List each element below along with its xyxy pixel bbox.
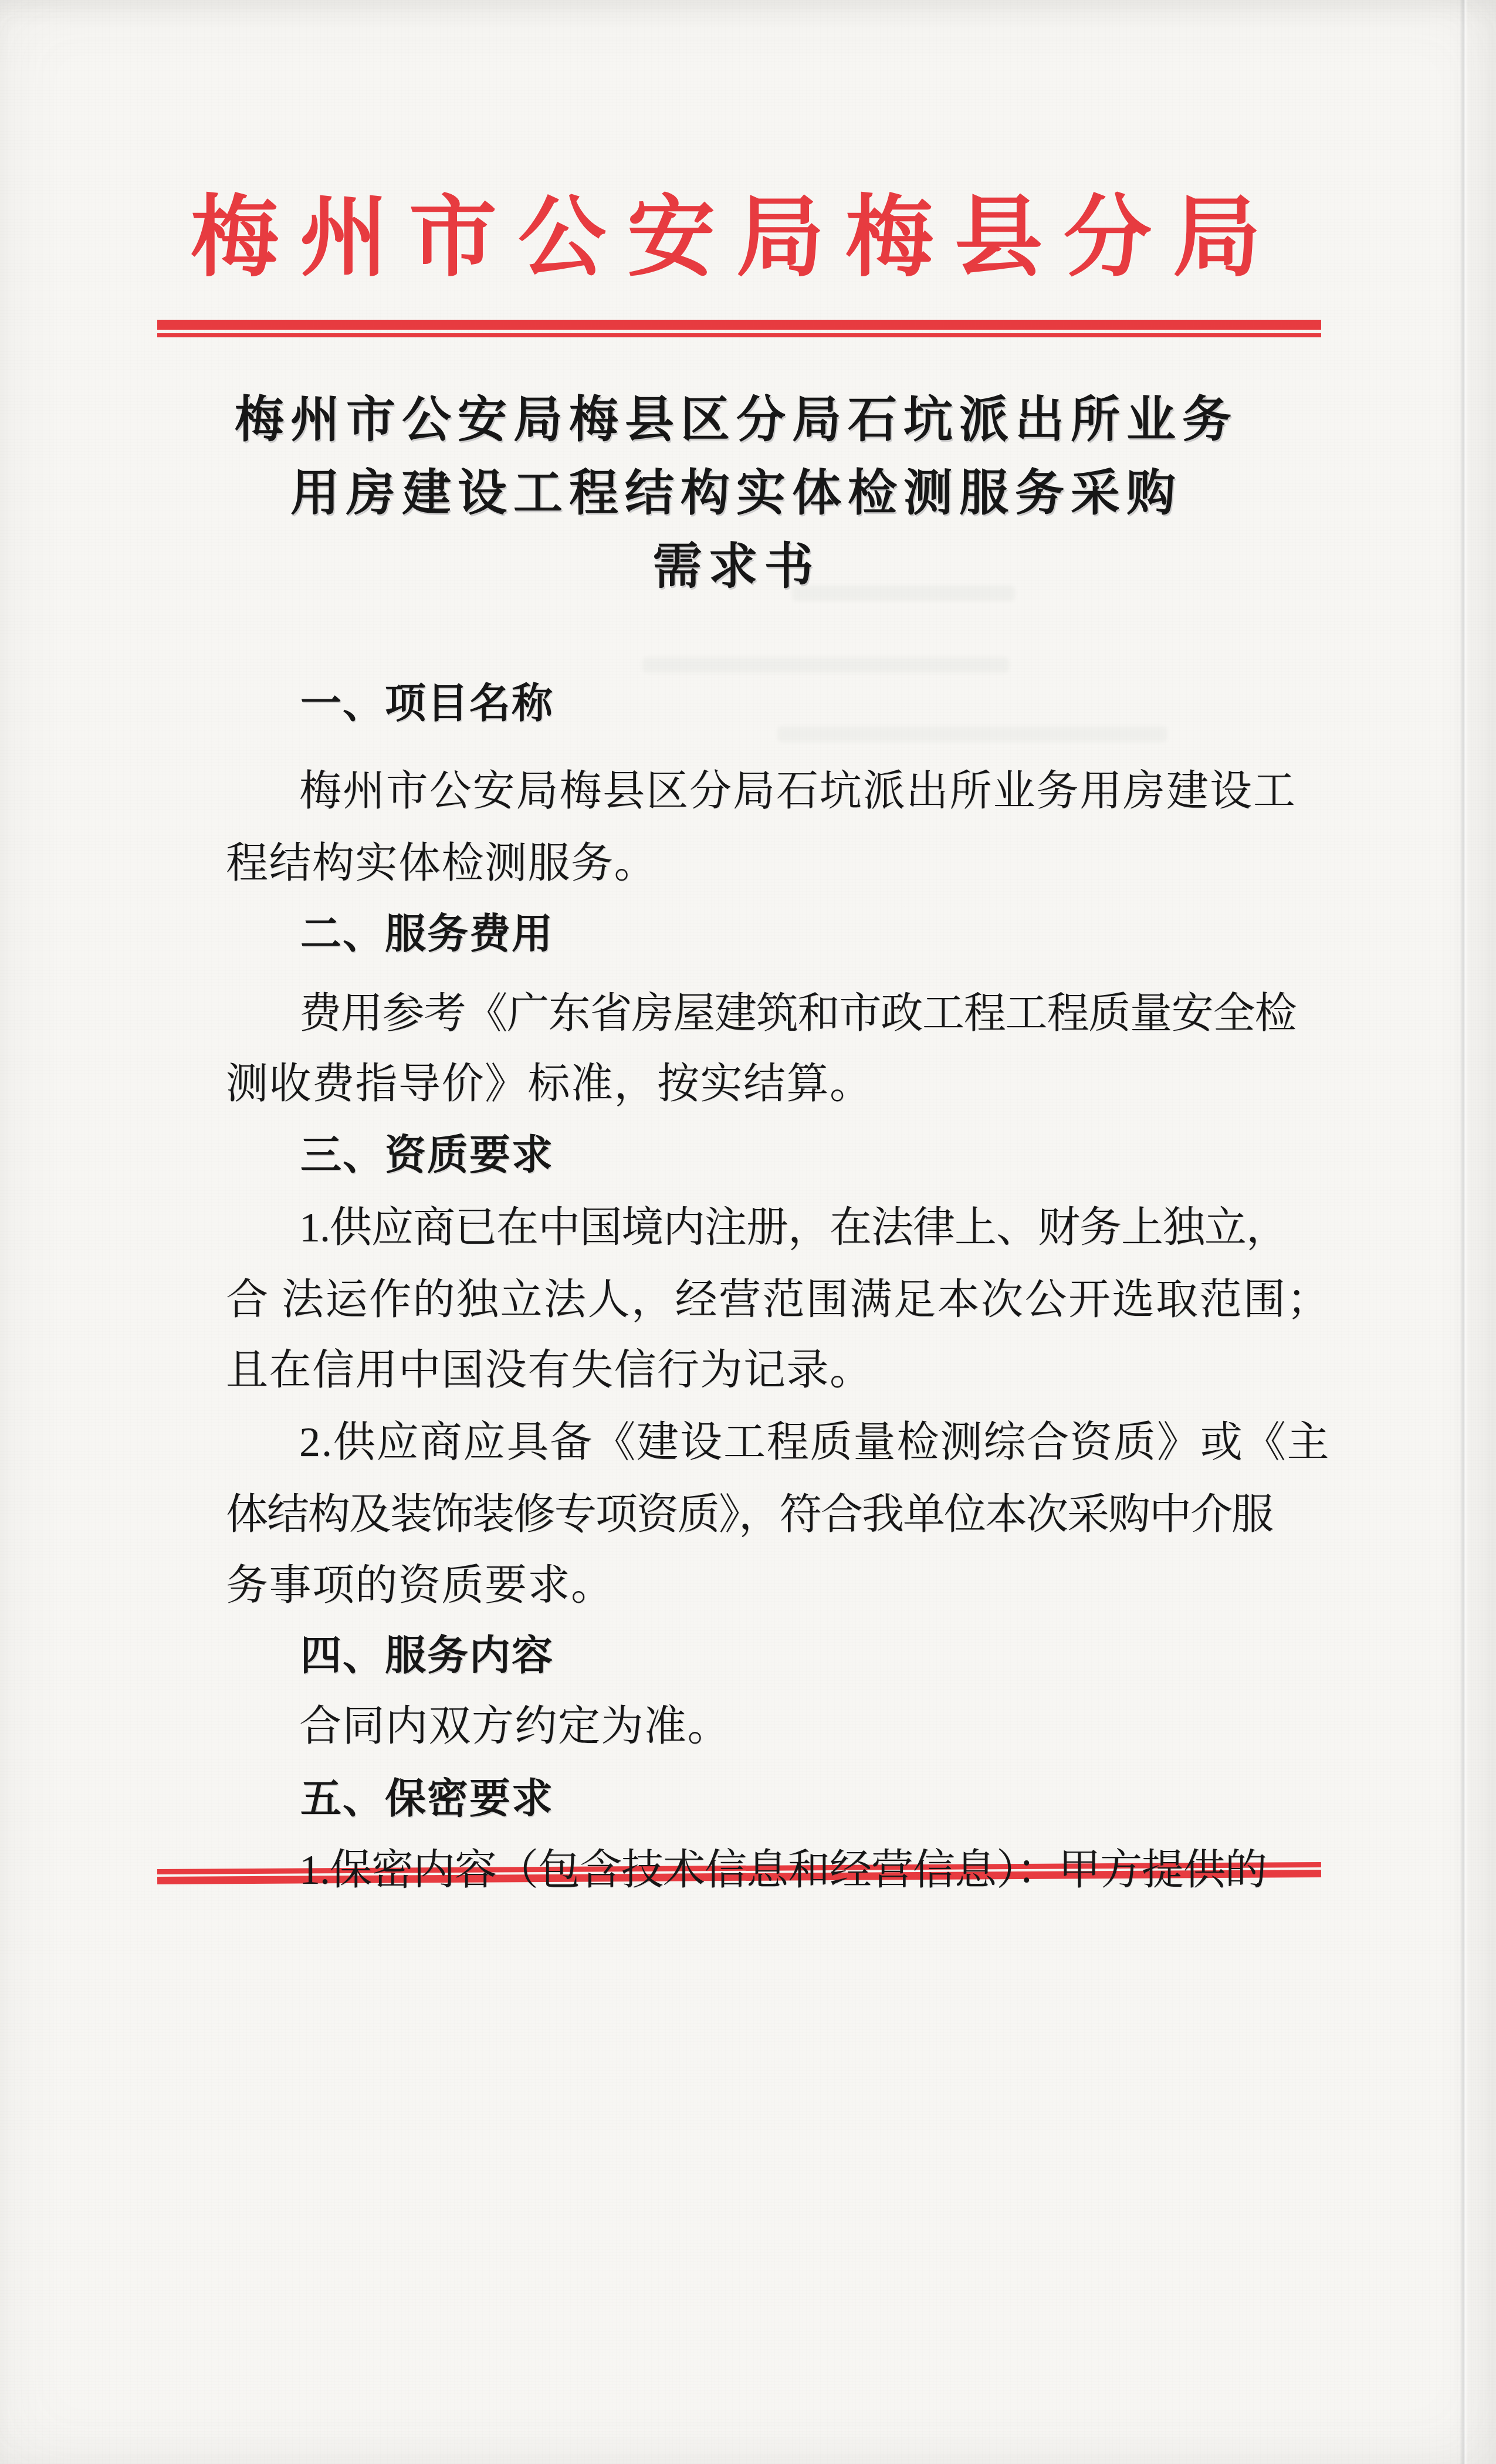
body-line: 1.供应商已在中国境内注册，在法律上、财务上独立， xyxy=(226,1203,1297,1251)
body-line: 体结构及装饰装修专项资质》，符合我单位本次采购中介服 xyxy=(226,1490,1297,1538)
section-heading-confidentiality: 五、保密要求 xyxy=(300,1775,554,1822)
letterhead-org-name: 梅州市公安局梅县分局 xyxy=(0,189,1473,287)
body-line: 务事项的资质要求。 xyxy=(226,1561,1297,1609)
body-line: 梅州市公安局梅县区分局石坑派出所业务用房建设工 xyxy=(226,767,1297,815)
bleed-through-smudge xyxy=(792,585,1015,601)
body-line: 合同内双方约定为准。 xyxy=(226,1702,1297,1750)
document-title-line-1: 梅州市公安局梅县区分局石坑派出所业务 xyxy=(0,392,1473,447)
body-line: 且在信用中国没有失信行为记录。 xyxy=(226,1346,1297,1394)
page-edge-crease xyxy=(1460,0,1468,2464)
bleed-through-smudge xyxy=(777,726,1167,742)
body-line: 合 法运作的独立法人，经营范围满足本次公开选取范围； xyxy=(226,1275,1297,1324)
body-line: 1.保密内容（包含技术信息和经营信息）：甲方提供的 xyxy=(226,1846,1297,1894)
section-heading-qualification: 三、资质要求 xyxy=(300,1132,554,1179)
body-line: 程结构实体检测服务。 xyxy=(226,839,1297,887)
section-heading-service-fee: 二、服务费用 xyxy=(300,911,554,957)
letterhead-rule-thick-line xyxy=(157,320,1321,330)
section-heading-project-name: 一、项目名称 xyxy=(300,680,554,727)
letterhead-rule-thin-line xyxy=(157,333,1321,337)
body-line: 2.供应商应具备《建设工程质量检测综合资质》或《主 xyxy=(226,1418,1297,1466)
body-line: 费用参考《广东省房屋建筑和市政工程工程质量安全检 xyxy=(226,989,1297,1037)
bleed-through-smudge xyxy=(642,657,1009,673)
body-line: 测收费指导价》标准，按实结算。 xyxy=(226,1060,1297,1108)
scanned-document-page: 梅州市公安局梅县分局 梅州市公安局梅县区分局石坑派出所业务 用房建设工程结构实体… xyxy=(0,0,1496,2464)
document-title-line-2: 用房建设工程结构实体检测服务采购 xyxy=(0,465,1473,520)
document-title-line-3: 需求书 xyxy=(0,539,1473,594)
section-heading-service-content: 四、服务内容 xyxy=(300,1632,554,1679)
letterhead-separator-rule xyxy=(157,320,1321,337)
